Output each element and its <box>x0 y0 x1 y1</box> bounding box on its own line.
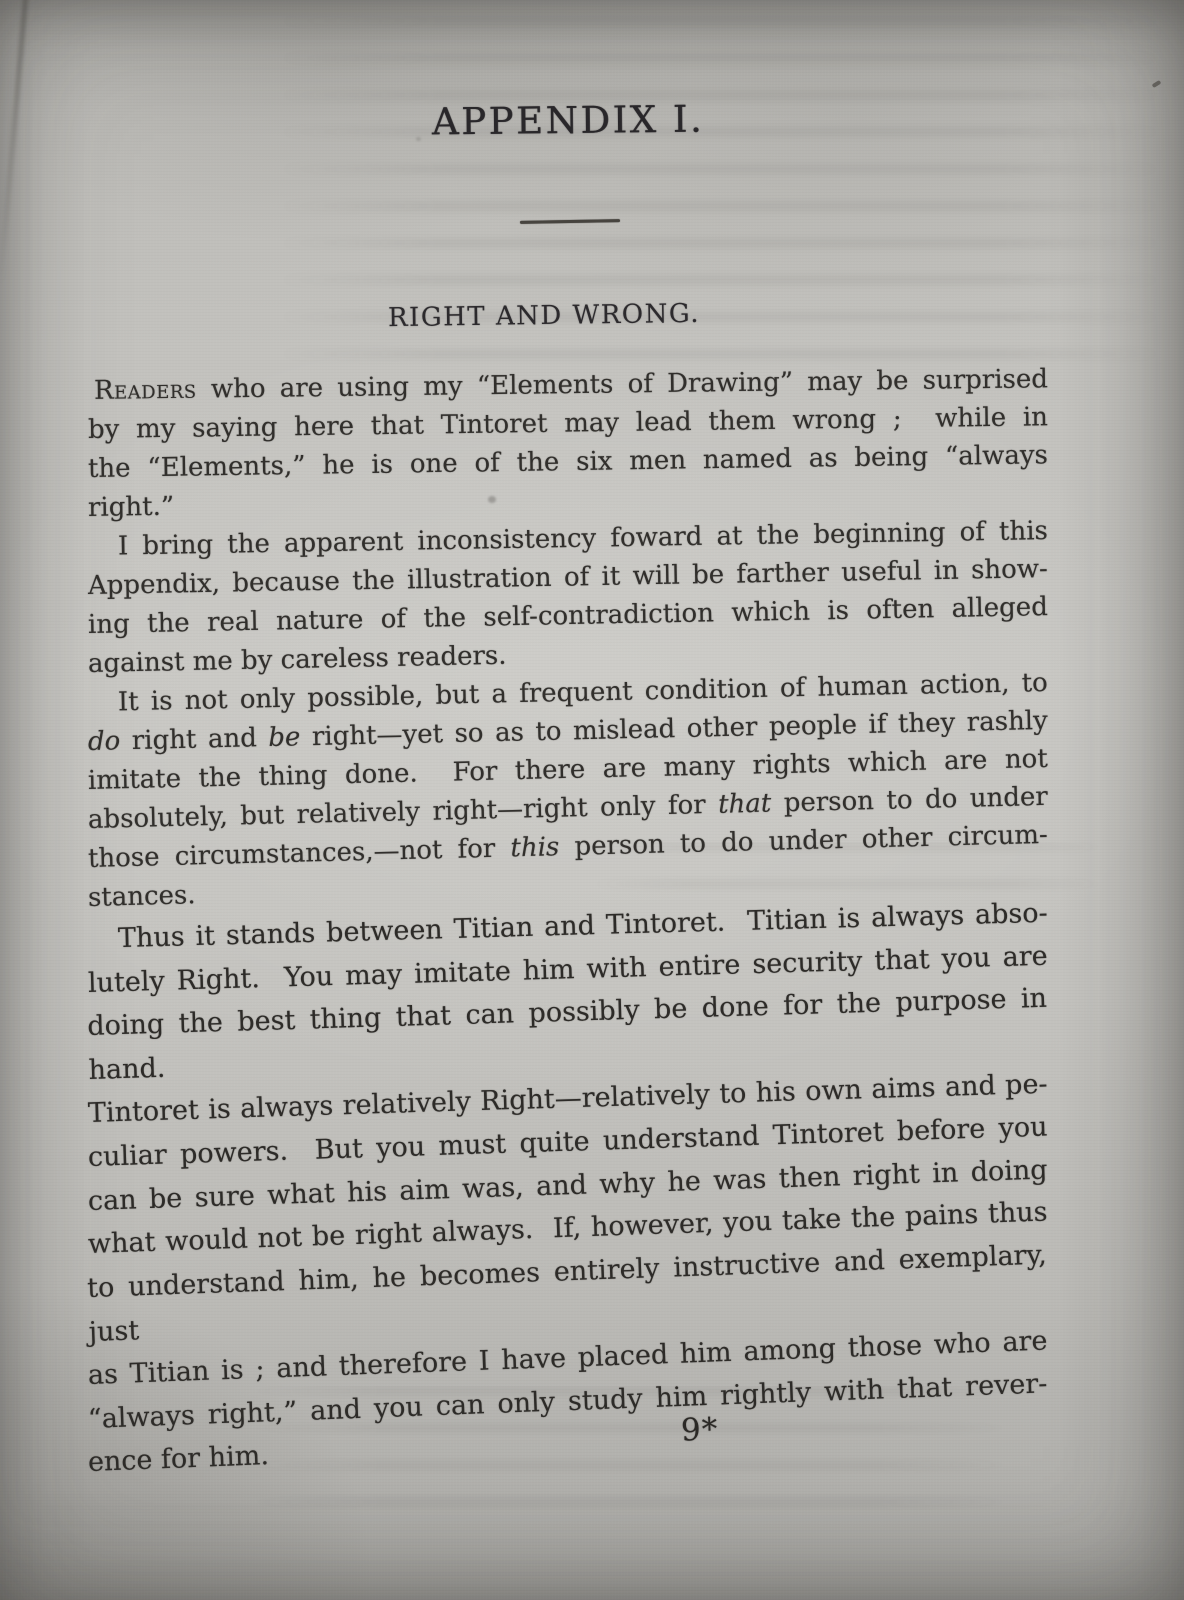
text-segment: stances. <box>88 880 196 913</box>
page-content: APPENDIX I. RIGHT AND WRONG. Readers who… <box>88 0 1048 1600</box>
paragraph: I bring the apparent inconsistency fowar… <box>88 528 1048 684</box>
text-segment: person to do under <box>771 782 1048 819</box>
section-heading: RIGHT AND WRONG. <box>64 294 1024 339</box>
text-segment: against me by careless readers. <box>88 641 507 679</box>
text-segment: Readers <box>94 375 197 406</box>
text-segment: who are using my “Elements of Drawing” m… <box>196 364 1048 404</box>
text-segment: that <box>718 789 772 820</box>
page-crease <box>0 0 30 285</box>
appendix-title: APPENDIX I. <box>88 97 1048 144</box>
body-text: Readers who are using my “Elements of Dr… <box>88 372 1048 1485</box>
text-segment: right.” <box>88 492 175 523</box>
text-segment: this <box>510 832 560 863</box>
book-page-scan: APPENDIX I. RIGHT AND WRONG. Readers who… <box>0 0 1184 1600</box>
text-segment: right and <box>120 723 269 756</box>
section-divider <box>520 219 620 224</box>
text-segment: be <box>268 722 301 753</box>
text-segment: do <box>88 726 121 757</box>
paragraph: It is not only possible, but a frequent … <box>88 684 1048 918</box>
signature-mark: 9* <box>680 1411 718 1448</box>
paragraph: Thus it stands between Titian and Tintor… <box>88 918 1048 1485</box>
paragraph: Readers who are using my “Elements of Dr… <box>88 372 1048 528</box>
text-segment: ence for him. <box>87 1440 269 1478</box>
text-segment: those circumstances,—not for <box>88 833 511 874</box>
